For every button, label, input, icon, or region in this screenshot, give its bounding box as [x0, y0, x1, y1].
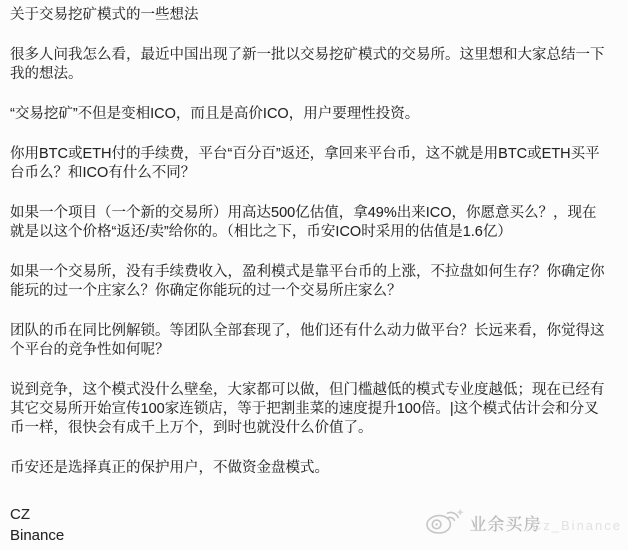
paragraph-line: 就是以这个价格“返还/卖”给你的。（相比之下，币安ICO时采用的估值是1.6亿） [10, 223, 610, 242]
paragraph-line: 币一样，很快会有成千上万个，到时也就没什么价值了。 [10, 419, 610, 438]
paragraph-line: 我的想法。 [10, 65, 610, 84]
paragraph: 如果一个交易所，没有手续费收入，盈利模式是靠平台币的上涨，不拉盘如何生存？你确定… [10, 263, 610, 301]
paragraph: 说到竞争，这个模式没什么壁垒，大家都可以做，但门槛越低的模式专业度越低；现在已经… [10, 381, 610, 438]
paragraph-line: 团队的币在同比例解锁。等团队全部套现了，他们还有什么动力做平台？长远来看，你觉得… [10, 322, 610, 341]
paragraph-line-with-caret: 其它交易所开始宣传100家连锁店，等于把割韭菜的速度提升100倍。|这个模式估计… [10, 400, 610, 419]
post-text-body: 关于交易挖矿模式的一些想法 很多人问我怎么看，最近中国出现了新一批以交易挖矿模式… [0, 0, 628, 546]
paragraph-line: 你用BTC或ETH付的手续费，平台“百分百”返还，拿回来平台币，这不就是用BTC… [10, 145, 610, 164]
watermark-texts: 业余买房 Cz_Binance [469, 516, 622, 535]
title-text: 关于交易挖矿模式的一些想法 [10, 6, 610, 25]
page-title: 关于交易挖矿模式的一些想法 [10, 6, 610, 25]
watermark-label: 业余买房 [469, 515, 541, 534]
paragraph: “交易挖矿”不但是变相ICO，而且是高价ICO，用户要理性投资。 [10, 105, 610, 124]
paragraph-line: 说到竞争，这个模式没什么壁垒，大家都可以做，但门槛越低的模式专业度越低；现在已经… [10, 381, 610, 400]
paragraph: 你用BTC或ETH付的手续费，平台“百分百”返还，拿回来平台币，这不就是用BTC… [10, 145, 610, 183]
paragraph-line: 台币么？和ICO有什么不同？ [10, 164, 610, 183]
paragraph-line: 如果一个项目（一个新的交易所）用高达500亿估值，拿49%出来ICO，你愿意买么… [10, 204, 610, 223]
paragraph-line: 如果一个交易所，没有手续费收入，盈利模式是靠平台币的上涨，不拉盘如何生存？你确定… [10, 263, 610, 282]
screenshot-page: 关于交易挖矿模式的一些想法 很多人问我怎么看，最近中国出现了新一批以交易挖矿模式… [0, 0, 628, 550]
paragraph: 团队的币在同比例解锁。等团队全部套现了，他们还有什么动力做平台？长远来看，你觉得… [10, 322, 610, 360]
paragraph: 如果一个项目（一个新的交易所）用高达500亿估值，拿49%出来ICO，你愿意买么… [10, 204, 610, 242]
paragraph-line: 能玩的过一个庄家么？你确定你能玩的过一个交易所庄家么？ [10, 282, 610, 301]
paragraph: 很多人问我怎么看，最近中国出现了新一批以交易挖矿模式的交易所。这里想和大家总结一… [10, 46, 610, 84]
watermark: 业余买房 Cz_Binance [423, 507, 622, 544]
paragraph-line: 个平台的竞争性如何呢？ [10, 341, 610, 360]
paragraph-line: “交易挖矿”不但是变相ICO，而且是高价ICO，用户要理性投资。 [10, 105, 610, 124]
weibo-icon [423, 507, 465, 544]
paragraph-line: 币安还是选择真正的保护用户，不做资金盘模式。 [10, 459, 610, 478]
paragraph-line: 很多人问我怎么看，最近中国出现了新一批以交易挖矿模式的交易所。这里想和大家总结一… [10, 46, 610, 65]
paragraph: 币安还是选择真正的保护用户，不做资金盘模式。 [10, 459, 610, 478]
watermark-sub-label: Cz_Binance [532, 518, 622, 533]
